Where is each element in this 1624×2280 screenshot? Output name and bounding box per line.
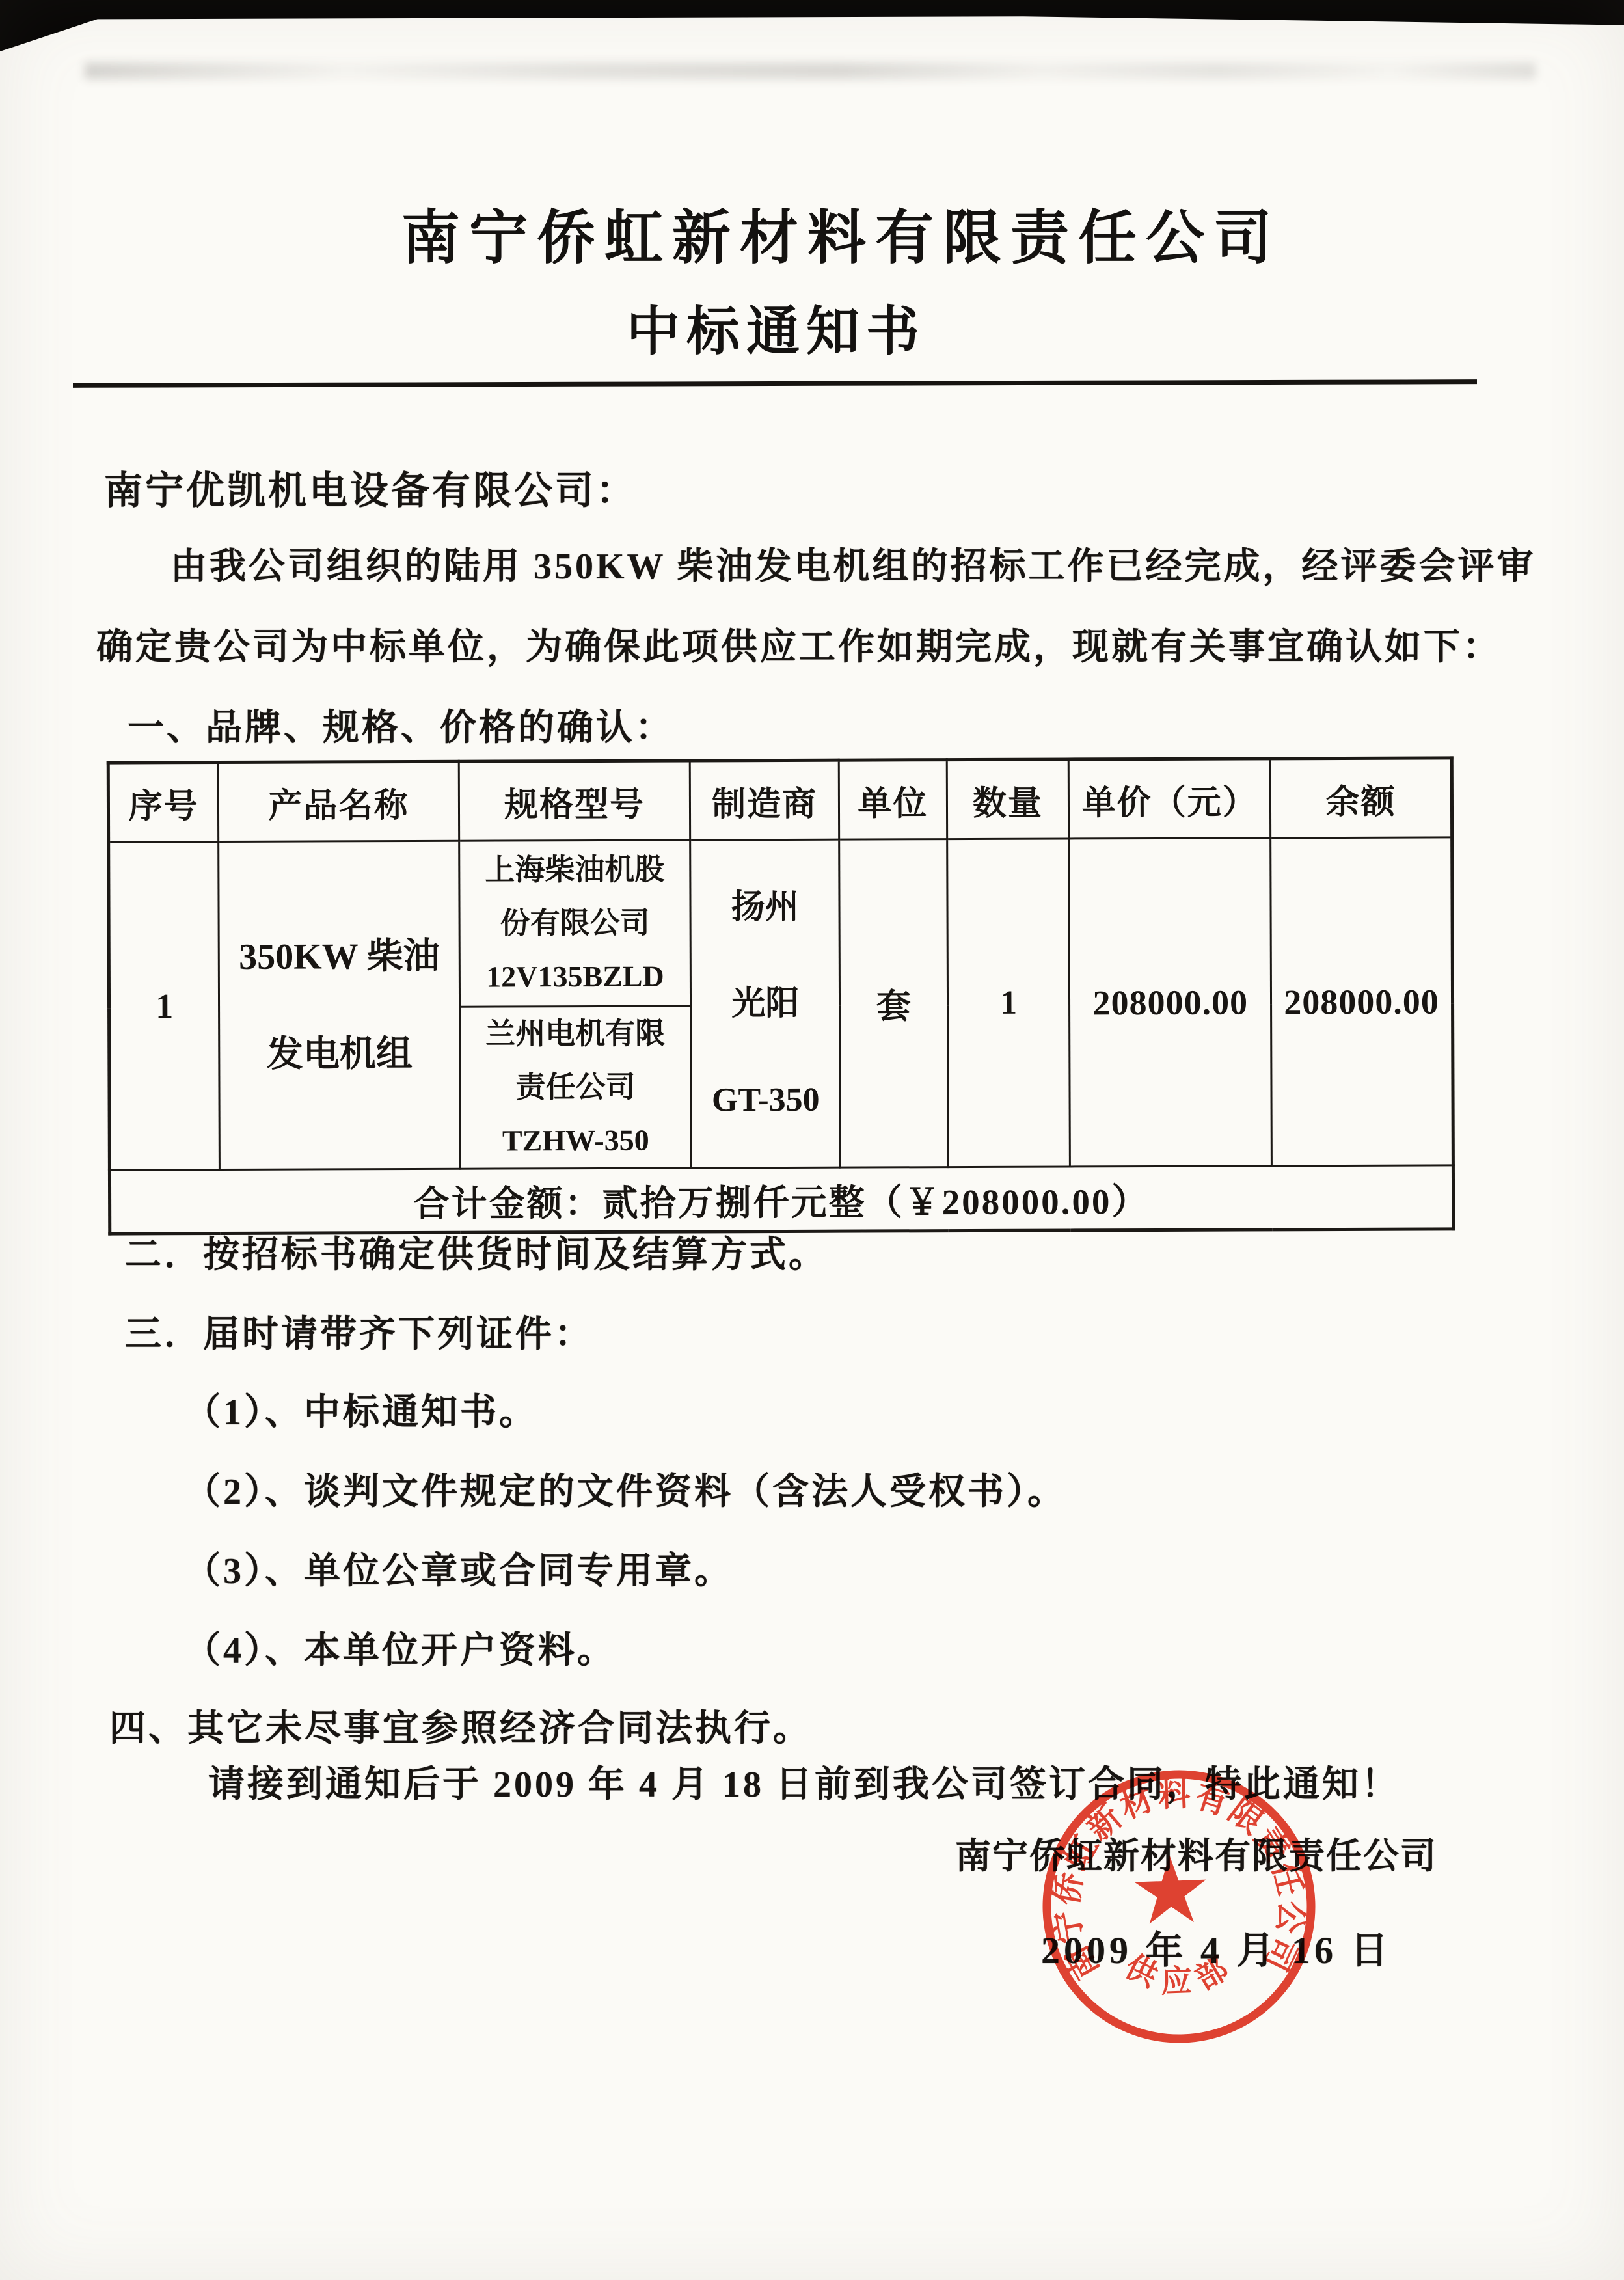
recipient-line: 南宁优凯机电设备有限公司： [104,459,637,515]
svg-text:供应部: 供应部 [1118,1946,1243,2002]
intro-line-1: 由我公司组织的陆用 350KW 柴油发电机组的招标工作已经完成，经评委会评审 [170,537,1536,590]
col-header-unit-price: 单价（元） [1069,759,1271,839]
col-header-index: 序号 [108,763,219,843]
cell-total-amount: 合计金额：贰拾万捌仟元整（￥208000.00） [109,1165,1453,1234]
section-three-line: 三．届时请带齐下列证件： [125,1305,593,1357]
list-item-4: （4）、本单位开户资料。 [184,1622,616,1674]
cell-spec-generator: 兰州电机有限 责任公司 TZHW-350 [460,1006,692,1169]
cell-unit-price: 208000.00 [1069,838,1272,1167]
cell-quantity: 1 [947,839,1070,1167]
list-item-1: （1）、中标通知书。 [184,1383,538,1435]
col-header-amount: 余额 [1270,758,1452,838]
title-divider-line [73,379,1477,388]
cell-manufacturer: 扬州 光阳 GT-350 [690,839,841,1168]
section-two-line: 二．按招标书确定供货时间及结算方式。 [125,1226,828,1278]
table-data-row: 1 350KW 柴油 发电机组 上海柴油机股 份有限公司 12V135BZLD … [109,837,1453,1008]
intro-line-2: 确定贵公司为中标单位，为确保此项供应工作如期完成，现就有关事宜确认如下： [96,618,1502,670]
col-header-manufacturer: 制造商 [690,760,839,840]
seal-department-text: 供应部 [1118,1946,1243,2002]
scanned-award-notice-document: 南宁侨虹新材料有限责任公司 中标通知书 南宁优凯机电设备有限公司： 由我公司组织… [0,0,1624,2280]
col-header-product: 产品名称 [219,761,459,841]
cell-index: 1 [109,842,220,1171]
col-header-unit: 单位 [839,760,947,840]
cell-unit: 套 [839,839,948,1168]
list-item-2: （2）、谈判文件规定的文件资料（含法人受权书）。 [184,1463,1066,1515]
col-header-spec: 规格型号 [459,761,690,841]
section-one-heading: 一、品牌、规格、价格的确认： [128,699,674,751]
cell-product-name: 350KW 柴油 发电机组 [219,841,460,1169]
cell-amount: 208000.00 [1271,837,1454,1166]
company-seal-stamp: 南宁侨虹新材料有限责任公司 供应部 [1031,1758,1327,2054]
seal-star-icon [1133,1854,1208,1925]
cell-spec-engine: 上海柴油机股 份有限公司 12V135BZLD [459,840,691,1007]
list-item-3: （3）、单位公章或合同专用章。 [184,1542,733,1594]
scan-artifact-smudge [85,62,1536,79]
document-title: 中标通知书 [0,289,1588,365]
scan-artifact-top-edge [0,0,1624,55]
bid-price-table: 序号 产品名称 规格型号 制造商 单位 数量 单价（元） 余额 1 350KW … [107,756,1455,1235]
col-header-quantity: 数量 [947,759,1069,839]
section-four-line: 四、其它未尽事宜参照经济合同法执行。 [109,1700,812,1752]
table-total-row: 合计金额：贰拾万捌仟元整（￥208000.00） [109,1165,1453,1234]
table-header-row: 序号 产品名称 规格型号 制造商 单位 数量 单价（元） 余额 [108,758,1452,842]
company-name-title: 南宁侨虹新材料有限责任公司 [29,190,1624,275]
